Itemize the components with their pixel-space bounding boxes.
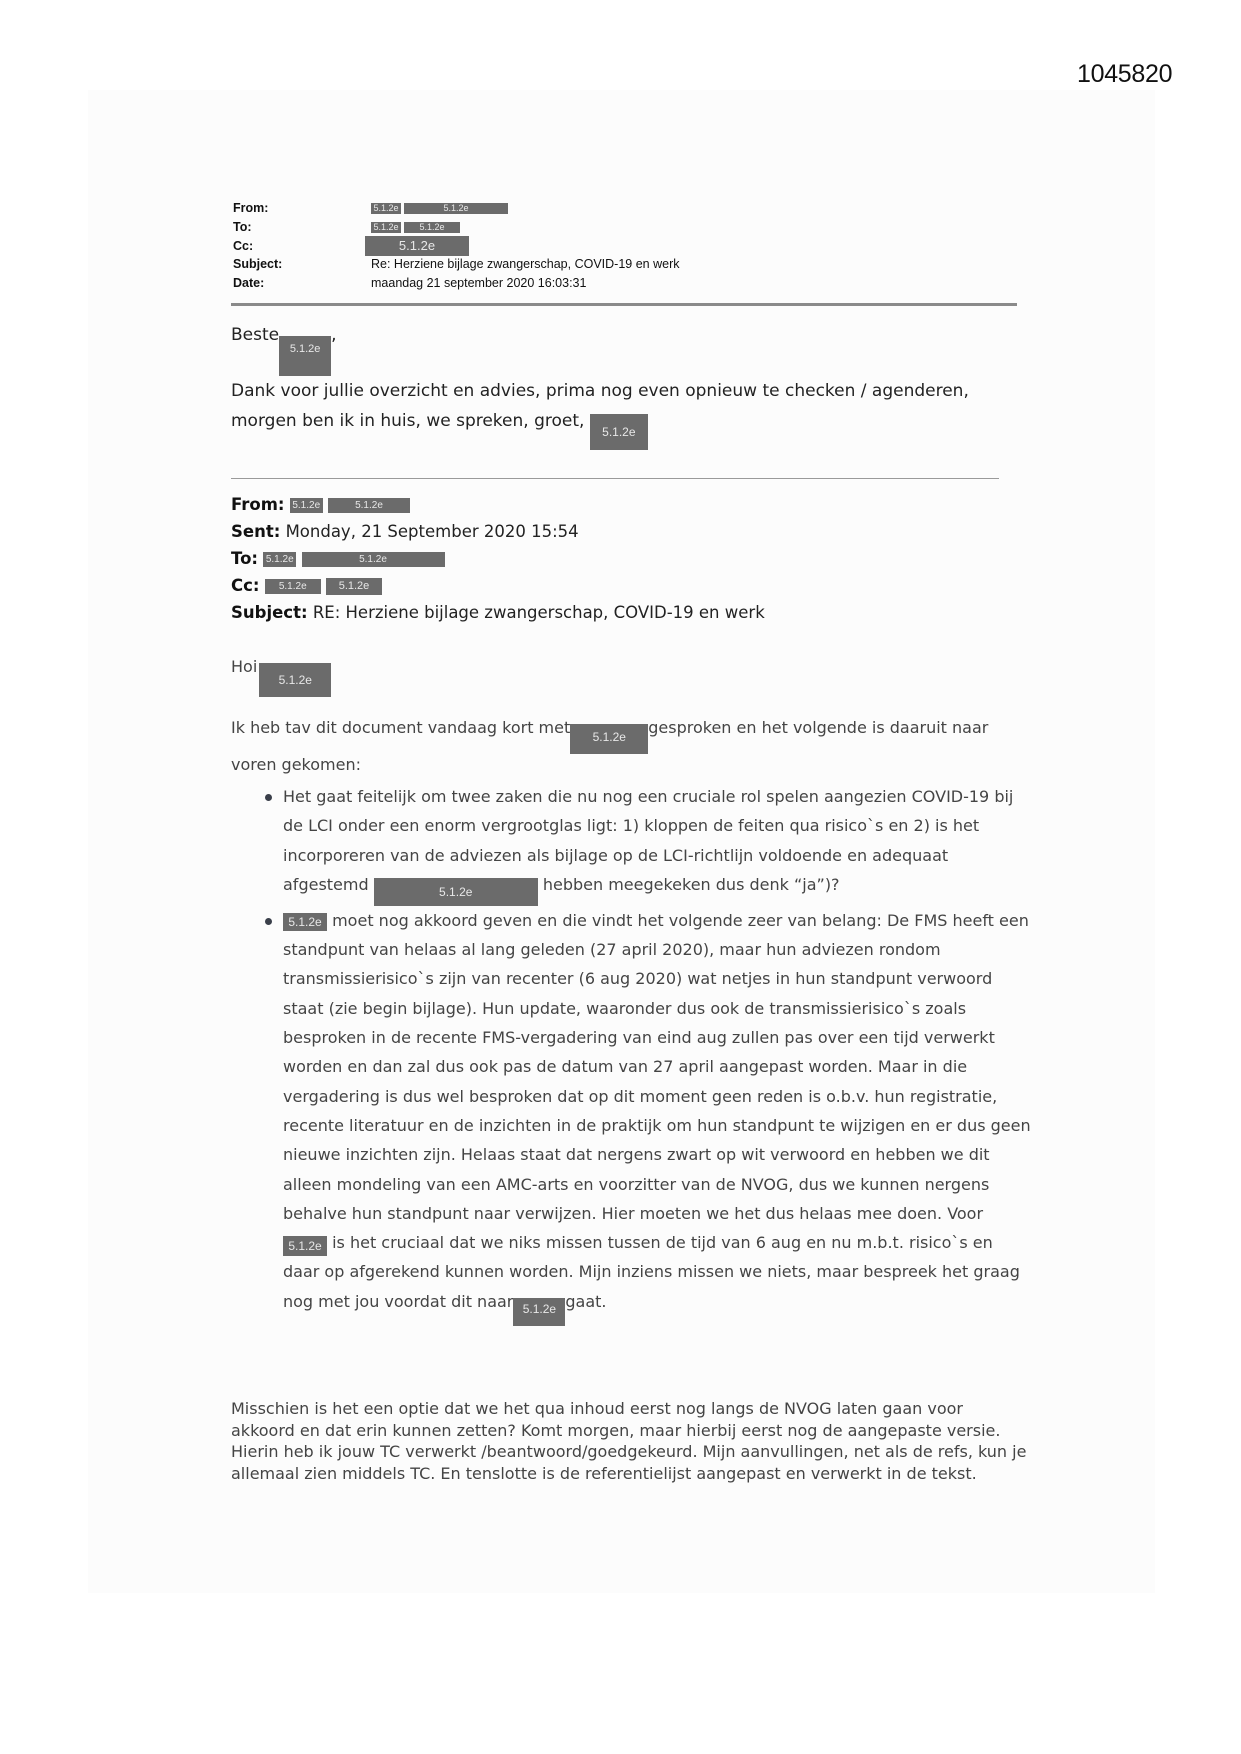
bullet-list: Het gaat feitelijk om twee zaken die nu … (231, 782, 1031, 1326)
cc-label: Cc: (233, 239, 253, 253)
document-id: 1045820 (1077, 60, 1172, 89)
redaction: 5.1.2e (283, 1236, 327, 1256)
email1-line2: morgen ben ik in huis, we spreken, groet… (231, 406, 1031, 450)
email1-body: Beste5.1.2e, Dank voor jullie overzicht … (231, 320, 1031, 450)
redaction: 5.1.2e (302, 552, 445, 567)
redaction: 5.1.2e (513, 1298, 565, 1326)
from-label: From: (233, 201, 268, 215)
email2-cc-row: Cc: 5.1.2e 5.1.2e (231, 574, 765, 601)
email2-body: Hoi5.1.2e Ik heb tav dit document vandaa… (231, 652, 1031, 1326)
redaction: 5.1.2e (279, 336, 331, 376)
subject-label: Subject: (231, 603, 308, 622)
bullet-item: Het gaat feitelijk om twee zaken die nu … (283, 782, 1031, 906)
email1-line1: Dank voor jullie overzicht en advies, pr… (231, 376, 1031, 406)
sent-label: Sent: (231, 522, 280, 541)
cc-label: Cc: (231, 576, 260, 595)
header-divider (231, 303, 1017, 306)
email2-intro: Ik heb tav dit document vandaag kort met… (231, 717, 1031, 776)
email2-header: From: 5.1.2e 5.1.2e Sent: Monday, 21 Sep… (231, 493, 765, 628)
quote-divider (231, 478, 999, 479)
redaction: 5.1.2e (265, 579, 321, 594)
subject-value: RE: Herziene bijlage zwangerschap, COVID… (313, 603, 765, 622)
to-label: To: (231, 549, 258, 568)
email2-from-row: From: 5.1.2e 5.1.2e (231, 493, 765, 520)
email2-subject-row: Subject: RE: Herziene bijlage zwangersch… (231, 601, 765, 628)
to-label: To: (233, 220, 252, 234)
redaction: 5.1.2e (570, 724, 648, 754)
redaction: 5.1.2e (590, 414, 648, 450)
email2-to-row: To: 5.1.2e 5.1.2e (231, 547, 765, 574)
redaction: 5.1.2e (374, 878, 538, 906)
redaction: 5.1.2e (283, 913, 327, 931)
email2-greeting: Hoi5.1.2e (231, 652, 1031, 697)
date-value: maandag 21 september 2020 16:03:31 (371, 276, 586, 290)
date-label: Date: (233, 276, 264, 290)
bullet-item: 5.1.2e moet nog akkoord geven en die vin… (283, 906, 1031, 1326)
sent-value: Monday, 21 September 2020 15:54 (286, 522, 579, 541)
redaction: 5.1.2e (371, 203, 401, 214)
redaction: 5.1.2e (263, 552, 296, 567)
email2-closing-paragraph: Misschien is het een optie dat we het qu… (231, 1398, 1031, 1484)
redaction: 5.1.2e (404, 222, 460, 233)
redaction: 5.1.2e (290, 498, 323, 513)
from-label: From: (231, 495, 284, 514)
redaction: 5.1.2e (259, 663, 331, 697)
email1-greeting: Beste5.1.2e, (231, 320, 1031, 376)
redaction: 5.1.2e (404, 203, 508, 214)
email2-sent-row: Sent: Monday, 21 September 2020 15:54 (231, 520, 765, 547)
redaction: 5.1.2e (326, 578, 382, 595)
subject-label: Subject: (233, 257, 282, 271)
redaction: 5.1.2e (371, 222, 401, 233)
redaction: 5.1.2e (365, 236, 469, 256)
redaction: 5.1.2e (328, 498, 410, 513)
subject-value: Re: Herziene bijlage zwangerschap, COVID… (371, 257, 679, 271)
